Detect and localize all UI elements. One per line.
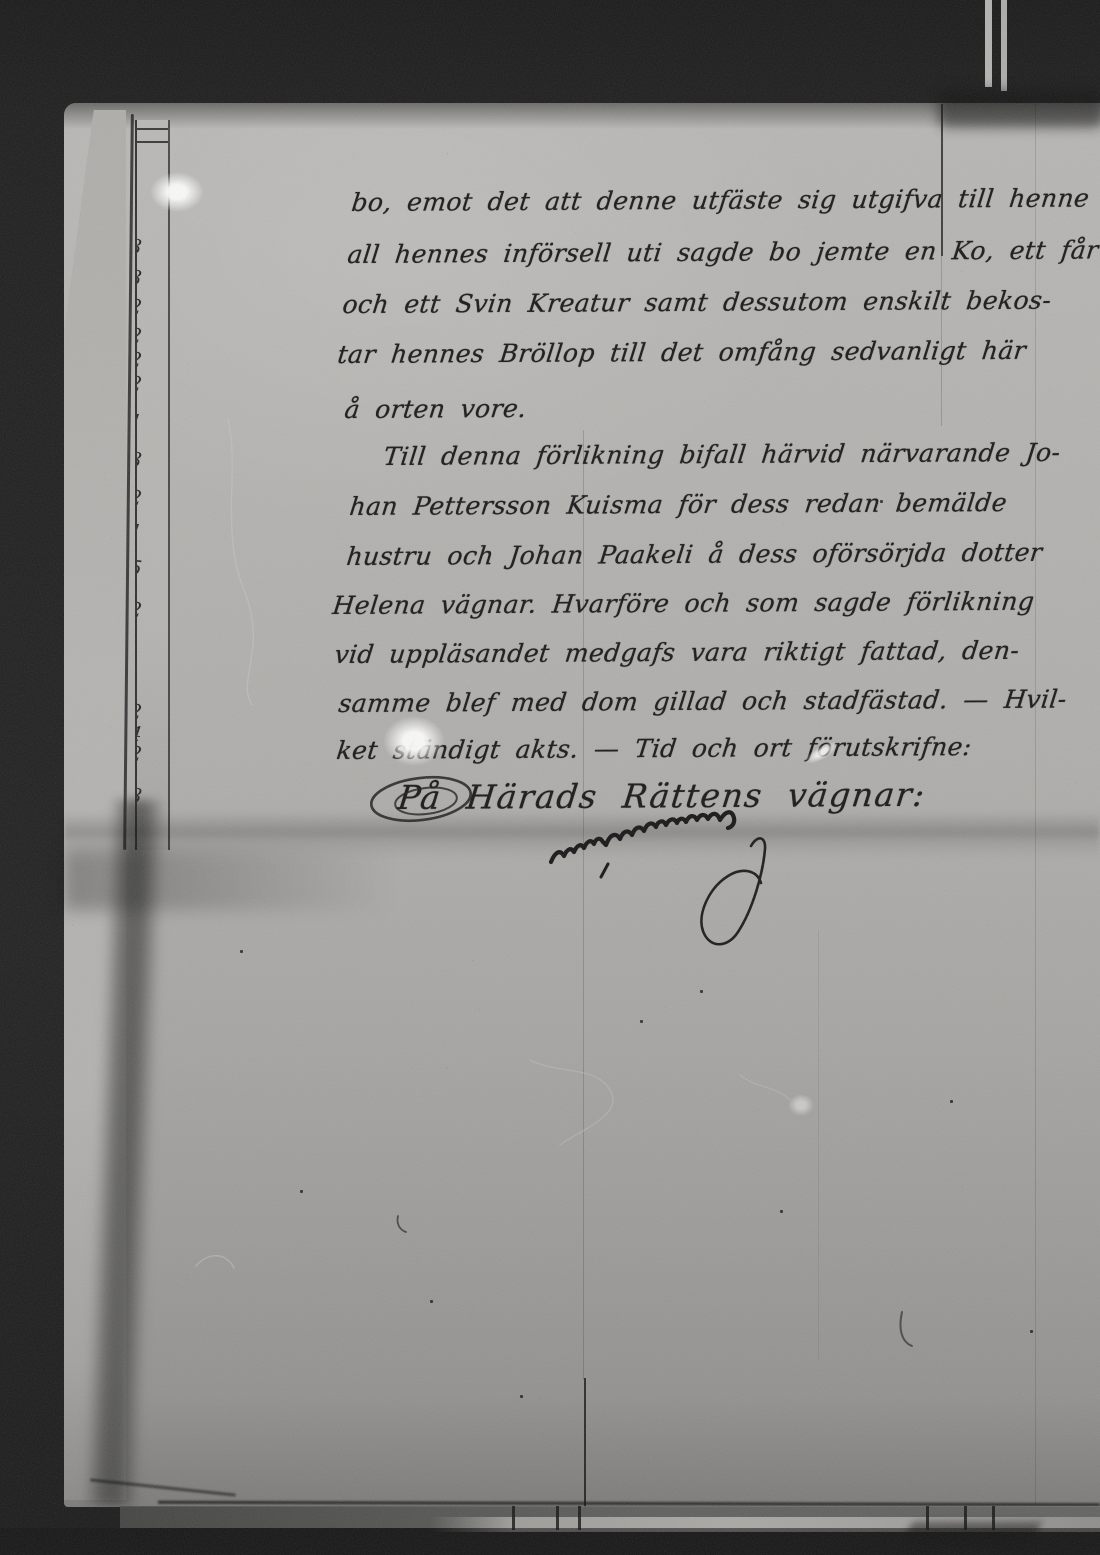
binding-edge-strip: 3 3 2 2 2 2 1 3 2 1 5 2 2 4 2 8 — [135, 120, 170, 850]
margin-fragment: 5 — [135, 555, 170, 586]
emulsion-spot — [788, 1094, 814, 1116]
dust-speck — [950, 1100, 953, 1103]
edge-smudge — [938, 90, 1100, 128]
margin-fragment: 1 — [135, 409, 170, 440]
dust-speck — [780, 1210, 783, 1213]
bottom-film-shadow — [0, 1528, 1100, 1555]
dust-speck — [1030, 1330, 1033, 1333]
stack-tick-mark — [512, 1506, 515, 1530]
court-closing-line: På Härads Rättens vägnar: — [396, 775, 928, 817]
margin-fragment: 2 — [135, 597, 170, 628]
manuscript-line: hustru och Johan Paakeli å dess oförsörj… — [345, 538, 1044, 571]
vertical-fold-crease — [583, 430, 584, 1380]
margin-fragment: 1 — [135, 519, 170, 550]
manuscript-line: bo, emot det att denne utfäste sig utgif… — [350, 183, 1091, 217]
film-scratch-bar — [1001, 0, 1007, 91]
manuscript-line: och ett Svin Kreatur samt dessutom enski… — [341, 286, 1053, 319]
emulsion-spot — [150, 172, 204, 212]
stack-tick-mark — [578, 1506, 581, 1530]
margin-fragment: 3 — [135, 447, 170, 478]
horizontal-crease-shadow — [64, 850, 394, 910]
strip-top-bracket — [135, 128, 170, 143]
manuscript-line: Till denna förlikning bifall härvid närv… — [382, 438, 1062, 471]
manuscript-line: tar hennes Bröllop till det omfång sedva… — [336, 336, 1028, 369]
stack-tick-mark — [556, 1506, 559, 1530]
manuscript-line: han Pettersson Kuisma för dess redan bem… — [348, 488, 1009, 521]
microfilm-scan: 3 3 2 2 2 2 1 3 2 1 5 2 2 4 2 8 bo, emot… — [0, 0, 1100, 1555]
margin-fragment: 2 — [135, 741, 170, 772]
dust-speck — [700, 990, 703, 993]
manuscript-line: Helena vägnar. Hvarföre och som sagde fö… — [331, 587, 1036, 620]
dust-speck — [240, 950, 243, 953]
manuscript-line: all hennes införsell uti sagde bo jemte … — [346, 235, 1100, 269]
dust-speck — [430, 1300, 433, 1303]
margin-fragment: 3 — [135, 234, 170, 265]
vertical-fold-crease — [584, 1378, 586, 1513]
dust-speck — [520, 1395, 523, 1398]
margin-fragment: 2 — [135, 485, 170, 516]
manuscript-line: samme blef med dom gillad och stadfästad… — [337, 685, 1068, 718]
vertical-fold-crease — [818, 930, 819, 1360]
emulsion-spot — [383, 716, 445, 766]
dust-speck — [640, 1020, 643, 1023]
manuscript-line: å orten vore. — [343, 394, 528, 424]
film-scratch-bar — [985, 0, 992, 87]
manuscript-line: vid uppläsandet medgafs vara riktigt fat… — [333, 636, 1021, 669]
margin-fragment: 3 — [135, 265, 170, 296]
dust-speck — [300, 1190, 303, 1193]
dust-speck — [880, 500, 883, 503]
margin-fragment: 2 — [135, 294, 170, 325]
margin-fragment: 2 — [135, 371, 170, 402]
